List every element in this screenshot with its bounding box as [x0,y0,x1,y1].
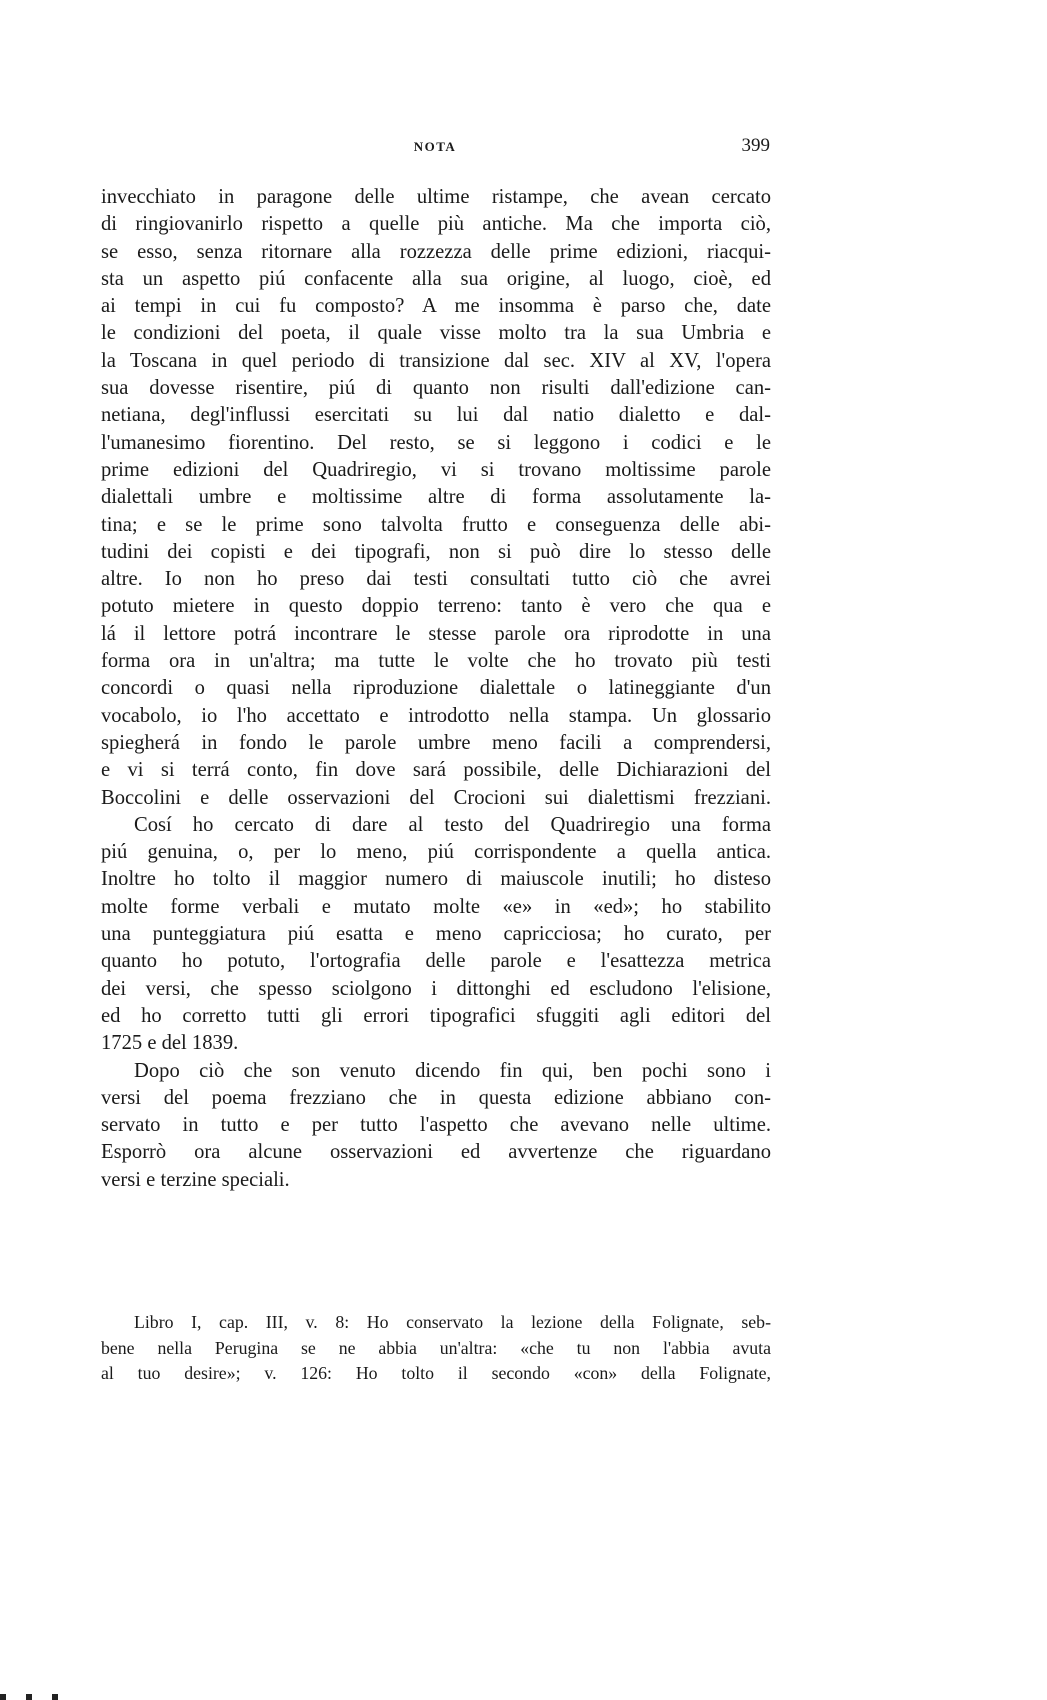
text-line: se esso, senza ritornare alla rozzezza d… [101,239,771,266]
text-line: sua dovesse risentire, piú di quanto non… [101,375,771,402]
text-line: le condizioni del poeta, il quale visse … [101,320,771,347]
text-line: versi e terzine speciali. [101,1167,771,1194]
text-line: forma ora in un'altra; ma tutte le volte… [101,648,771,675]
note-line: Libro I, cap. III, v. 8: Ho conservato l… [101,1310,771,1336]
scan-artifact [0,1694,60,1700]
text-line: spiegherá in fondo le parole umbre meno … [101,730,771,757]
paragraph-1: invecchiato in paragone delle ultime ris… [101,184,771,812]
text-line: l'umanesimo fiorentino. Del resto, se si… [101,430,771,457]
text-line: Cosí ho cercato di dare al testo del Qua… [101,812,771,839]
text-line: molte forme verbali e mutato molte «e» i… [101,894,771,921]
paragraph-3: Dopo ciò che son venuto dicendo fin qui,… [101,1058,771,1194]
textual-notes: Libro I, cap. III, v. 8: Ho conservato l… [101,1310,771,1387]
note-line: al tuo desire»; v. 126: Ho tolto il seco… [101,1361,771,1387]
body-text: invecchiato in paragone delle ultime ris… [101,184,771,1194]
page-header: NOTA 399 [100,135,770,159]
text-line: vocabolo, io l'ho accettato e introdotto… [101,703,771,730]
text-line: altre. Io non ho preso dai testi consult… [101,566,771,593]
text-line: di ringiovanirlo rispetto a quelle più a… [101,211,771,238]
text-line: Esporrò ora alcune osservazioni ed avver… [101,1139,771,1166]
text-line: lá il lettore potrá incontrare le stesse… [101,621,771,648]
text-line: la Toscana in quel periodo di transizion… [101,348,771,375]
text-line: tina; e se le prime sono talvolta frutto… [101,512,771,539]
text-line: servato in tutto e per tutto l'aspetto c… [101,1112,771,1139]
page-number: 399 [742,135,771,157]
text-line: dei versi, che spesso sciolgono i ditton… [101,976,771,1003]
text-line: ai tempi in cui fu composto? A me insomm… [101,293,771,320]
text-line: dialettali umbre e moltissime altre di f… [101,484,771,511]
text-line: netiana, degl'influssi esercitati su lui… [101,402,771,429]
text-line: quanto ho potuto, l'ortografia delle par… [101,948,771,975]
text-line: 1725 e del 1839. [101,1030,771,1057]
text-line: prime edizioni del Quadriregio, vi si tr… [101,457,771,484]
text-line: e vi si terrá conto, fin dove sará possi… [101,757,771,784]
text-line: una punteggiatura piú esatta e meno capr… [101,921,771,948]
text-line: potuto mietere in questo doppio terreno:… [101,593,771,620]
text-line: sta un aspetto piú confacente alla sua o… [101,266,771,293]
text-line: invecchiato in paragone delle ultime ris… [101,184,771,211]
text-line: Inoltre ho tolto il maggior numero di ma… [101,866,771,893]
note-line: bene nella Perugina se ne abbia un'altra… [101,1336,771,1362]
text-line: Dopo ciò che son venuto dicendo fin qui,… [101,1058,771,1085]
text-line: ed ho corretto tutti gli errori tipograf… [101,1003,771,1030]
text-line: tudini dei copisti e dei tipografi, non … [101,539,771,566]
text-line: piú genuina, o, per lo meno, piú corrisp… [101,839,771,866]
text-line: versi del poema frezziano che in questa … [101,1085,771,1112]
text-line: Boccolini e delle osservazioni del Croci… [101,785,771,812]
running-head: NOTA [100,139,770,155]
text-line: concordi o quasi nella riproduzione dial… [101,675,771,702]
paragraph-2: Cosí ho cercato di dare al testo del Qua… [101,812,771,1058]
